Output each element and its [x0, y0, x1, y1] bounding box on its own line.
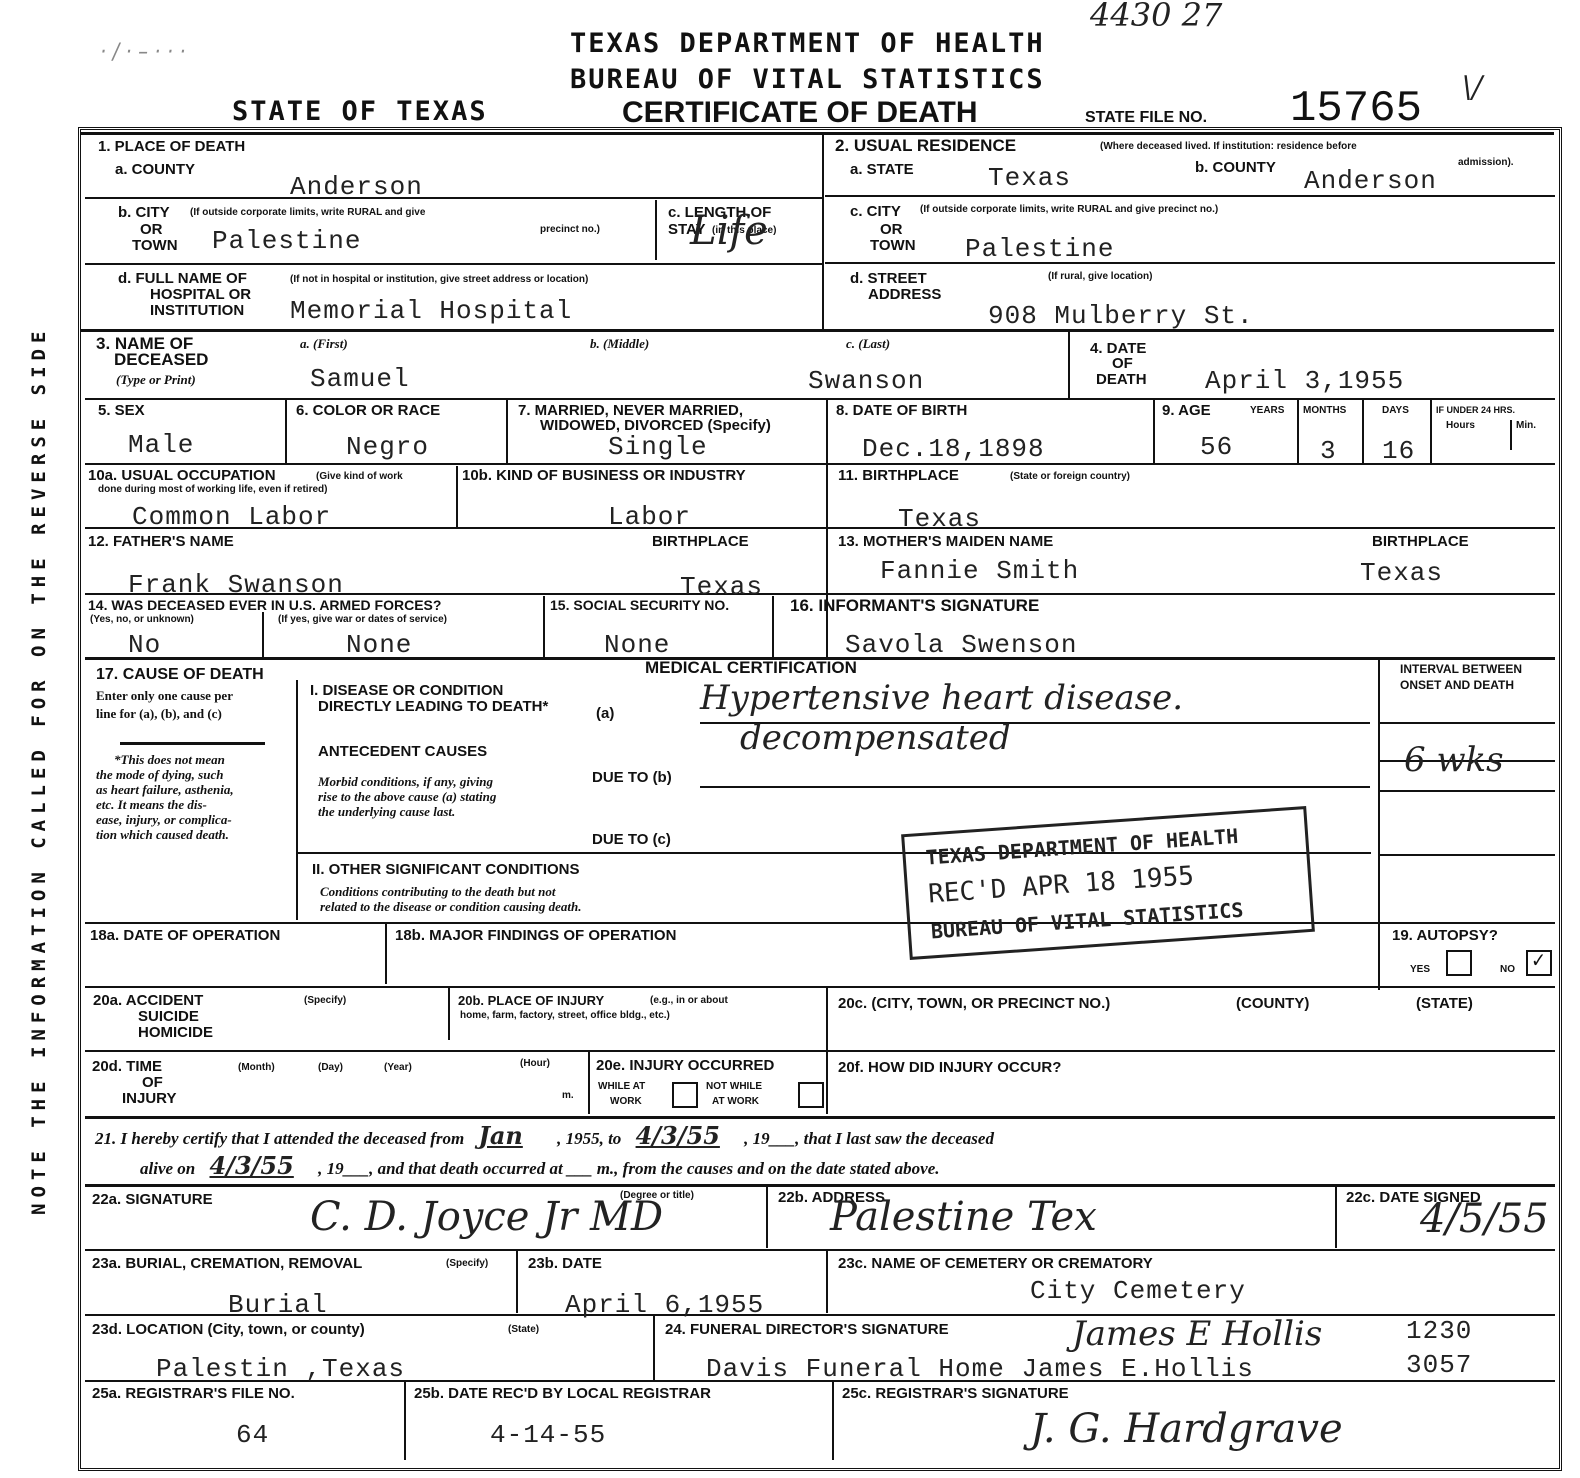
- death-county-label: a. COUNTY: [115, 162, 195, 177]
- sex-label: 5. SEX: [98, 403, 145, 418]
- death-or-label: OR: [140, 222, 163, 237]
- cause-of-death-label: 17. CAUSE OF DEATH: [96, 667, 264, 682]
- res-town-label: TOWN: [870, 238, 916, 253]
- father-birthplace-label: BIRTHPLACE: [652, 534, 749, 549]
- death-town-label: TOWN: [132, 238, 178, 253]
- father-label: 12. FATHER'S NAME: [88, 534, 234, 549]
- physician-signature: C. D. Joyce Jr MD: [310, 1194, 663, 1240]
- registrar-signature: J. G. Hardgrave: [1030, 1406, 1343, 1452]
- injury-type-label2: SUICIDE: [138, 1009, 199, 1024]
- bureau-title: BUREAU OF VITAL STATISTICS: [570, 64, 1045, 95]
- hospital-note: (If not in hospital or institution, give…: [290, 274, 588, 285]
- at-work-checkbox[interactable]: [672, 1082, 698, 1108]
- injury-time-label3: INJURY: [122, 1091, 176, 1106]
- date-signed-value: 4/5/55: [1420, 1196, 1549, 1242]
- res-or-label: OR: [880, 222, 903, 237]
- place-of-death-label: 1. PLACE OF DEATH: [98, 139, 245, 154]
- cause-a-value: Hypertensive heart disease.: [700, 678, 1183, 718]
- registrar-date-label: 25b. DATE REC'D BY LOCAL REGISTRAR: [414, 1386, 711, 1401]
- registrar-file-value: 64: [236, 1422, 269, 1448]
- injury-specify-label: (Specify): [304, 995, 346, 1006]
- autopsy-yes-label: YES: [1410, 964, 1430, 975]
- cert-from-value: Jan: [468, 1121, 552, 1150]
- other-conditions-note: Conditions contributing to the death but…: [320, 884, 581, 914]
- autopsy-label: 19. AUTOPSY?: [1392, 928, 1498, 943]
- other-conditions-label: II. OTHER SIGNIFICANT CONDITIONS: [312, 862, 580, 877]
- deceased-name-label: 3. NAME OF: [96, 336, 193, 351]
- disposition-value: Burial: [228, 1292, 328, 1318]
- day-label: (Day): [318, 1062, 343, 1073]
- operation-date-label: 18a. DATE OF OPERATION: [90, 928, 280, 943]
- due-to-b-label: DUE TO (b): [592, 770, 672, 785]
- deceased-name-label3: (Type or Print): [116, 372, 196, 387]
- cert-last-seen-value: 4/3/55: [200, 1151, 314, 1180]
- middle-name-label: b. (Middle): [590, 336, 649, 351]
- not-at-work-label: NOT WHILE: [706, 1081, 762, 1092]
- first-name-value: Samuel: [310, 366, 410, 392]
- armed-service-value: None: [346, 632, 412, 658]
- antecedent-label: ANTECEDENT CAUSES: [318, 744, 487, 759]
- res-city-value: Palestine: [965, 236, 1114, 262]
- registrar-signature-label: 25c. REGISTRAR'S SIGNATURE: [842, 1386, 1069, 1401]
- length-of-stay-value: Life: [690, 208, 768, 254]
- dob-label: 8. DATE OF BIRTH: [836, 403, 967, 418]
- interval-value: 6 wks: [1404, 740, 1504, 780]
- birthplace-note: (State or foreign country): [1010, 471, 1130, 482]
- cause-a2-value: decompensated: [740, 718, 1011, 758]
- not-at-work-label2: AT WORK: [712, 1096, 759, 1107]
- race-value: Negro: [346, 434, 429, 460]
- armed-service-note: (If yes, give war or dates of service): [278, 614, 447, 625]
- injury-time-label2: OF: [142, 1075, 163, 1090]
- dob-value: Dec.18,1898: [862, 436, 1045, 462]
- min-label: Min.: [1516, 420, 1536, 431]
- street-label2: ADDRESS: [868, 287, 941, 302]
- funeral-director-signature: James E Hollis: [1072, 1314, 1322, 1354]
- disease-label2: DIRECTLY LEADING TO DEATH*: [318, 699, 548, 714]
- last-name-value: Swanson: [808, 368, 924, 394]
- occupation-note: (Give kind of work: [316, 471, 403, 482]
- autopsy-yes-checkbox[interactable]: [1446, 950, 1472, 976]
- res-city-label: c. CITY: [850, 204, 901, 219]
- hospital-label2: HOSPITAL OR: [150, 287, 251, 302]
- interval-label: INTERVAL BETWEEN: [1400, 664, 1522, 675]
- cause-footnote: *This does not mean the mode of dying, s…: [96, 752, 292, 842]
- age-months-value: 3: [1320, 438, 1337, 464]
- mother-value: Fannie Smith: [880, 558, 1079, 584]
- handwritten-file-number: 4430 27: [1090, 0, 1222, 34]
- dod-label2: OF: [1112, 356, 1133, 371]
- cert-text-line2: alive on 4/3/55 , 19___, and that death …: [140, 1158, 940, 1176]
- injury-occurred-label: 20e. INJURY OCCURRED: [596, 1058, 774, 1073]
- mother-label: 13. MOTHER'S MAIDEN NAME: [838, 534, 1053, 549]
- injury-place-note: (e.g., in or about: [650, 995, 728, 1006]
- not-at-work-checkbox[interactable]: [798, 1082, 824, 1108]
- cemetery-value: City Cemetery: [1030, 1278, 1246, 1304]
- m-label: m.: [562, 1090, 574, 1101]
- dept-title: TEXAS DEPARTMENT OF HEALTH: [570, 28, 1045, 59]
- hour-label: (Hour): [520, 1058, 550, 1069]
- year-label: (Year): [384, 1062, 412, 1073]
- injury-place-label: 20b. PLACE OF INJURY: [458, 993, 604, 1008]
- state-title: STATE OF TEXAS: [232, 96, 488, 127]
- age-days-value: 16: [1382, 438, 1415, 464]
- disposition-specify-label: (Specify): [446, 1258, 488, 1269]
- res-state-label: a. STATE: [850, 162, 914, 177]
- burial-state-label: (State): [508, 1324, 539, 1335]
- industry-label: 10b. KIND OF BUSINESS OR INDUSTRY: [462, 468, 746, 483]
- burial-date-value: April 6,1955: [565, 1292, 764, 1318]
- death-county-value: Anderson: [290, 174, 423, 200]
- armed-forces-note: (Yes, no, or unknown): [90, 614, 194, 625]
- informant-value: Savola Swenson: [845, 632, 1077, 658]
- street-value: 908 Mulberry St.: [988, 303, 1254, 329]
- marital-label2: WIDOWED, DIVORCED (Specify): [540, 418, 771, 433]
- armed-forces-value: No: [128, 632, 161, 658]
- industry-value: Labor: [608, 504, 691, 530]
- death-city-value: Palestine: [212, 228, 361, 254]
- hours-label: Hours: [1446, 420, 1475, 431]
- operation-findings-label: 18b. MAJOR FINDINGS OF OPERATION: [395, 928, 676, 943]
- usual-residence-label: 2. USUAL RESIDENCE: [835, 138, 1016, 153]
- burial-location-value: Palestin ,Texas: [156, 1356, 405, 1382]
- checkmark-icon: ✓: [1531, 948, 1546, 972]
- ssn-value: None: [604, 632, 670, 658]
- father-value: Frank Swanson: [128, 572, 344, 598]
- occupation-value: Common Labor: [132, 504, 331, 530]
- age-label: 9. AGE: [1162, 403, 1211, 418]
- signature-label: 22a. SIGNATURE: [92, 1192, 213, 1207]
- occupation-label: 10a. USUAL OCCUPATION: [88, 468, 276, 483]
- dod-value: April 3,1955: [1205, 368, 1404, 394]
- disease-label: I. DISEASE OR CONDITION: [310, 683, 503, 698]
- cause-note: Enter only one cause per: [96, 688, 233, 703]
- occupation-note2: done during most of working life, even i…: [98, 484, 327, 495]
- usual-residence-note2: admission).: [1458, 157, 1514, 168]
- address-value: Palestine Tex: [830, 1194, 1097, 1240]
- informant-label: 16. INFORMANT'S SIGNATURE: [790, 598, 1039, 613]
- cause-note2: line for (a), (b), and (c): [96, 706, 222, 721]
- death-city-note: (If outside corporate limits, write RURA…: [190, 207, 425, 218]
- state-file-label: STATE FILE NO.: [1085, 110, 1207, 125]
- morbid-note: Morbid conditions, if any, giving rise t…: [318, 774, 496, 819]
- armed-forces-label: 14. WAS DECEASED EVER IN U.S. ARMED FORC…: [88, 598, 441, 613]
- top-scribble: · / · – · · ·: [100, 40, 186, 65]
- mother-birthplace-value: Texas: [1360, 560, 1443, 586]
- hospital-label: d. FULL NAME OF: [118, 271, 247, 286]
- dod-label: 4. DATE: [1090, 341, 1146, 356]
- death-city-note2: precinct no.): [540, 224, 600, 235]
- funeral-home-value: Davis Funeral Home James E.Hollis: [706, 1356, 1254, 1382]
- cert-text-line1: 21. I hereby certify that I attended the…: [95, 1128, 994, 1146]
- certificate-title: CERTIFICATE OF DEATH: [622, 96, 978, 130]
- last-name-label: c. (Last): [846, 336, 890, 351]
- age-years-value: 56: [1200, 434, 1233, 460]
- month-label: (Month): [238, 1062, 275, 1073]
- birthplace-value: Texas: [898, 506, 981, 532]
- license-2: 3057: [1406, 1352, 1472, 1378]
- first-name-label: a. (First): [300, 336, 348, 351]
- injury-type-label: 20a. ACCIDENT: [93, 993, 203, 1008]
- res-state-value: Texas: [988, 165, 1071, 191]
- injury-type-label3: HOMICIDE: [138, 1025, 213, 1040]
- hospital-label3: INSTITUTION: [150, 303, 244, 318]
- birthplace-label: 11. BIRTHPLACE: [838, 468, 959, 483]
- cemetery-label: 23c. NAME OF CEMETERY OR CREMATORY: [838, 1256, 1153, 1271]
- cause-a-label: (a): [596, 706, 614, 721]
- hospital-value: Memorial Hospital: [290, 298, 572, 324]
- marital-label: 7. MARRIED, NEVER MARRIED,: [518, 403, 743, 418]
- burial-date-label: 23b. DATE: [528, 1256, 602, 1271]
- death-city-label: b. CITY: [118, 205, 170, 220]
- res-county-label: b. COUNTY: [1195, 160, 1276, 175]
- race-label: 6. COLOR OR RACE: [296, 403, 440, 418]
- deceased-name-label2: DECEASED: [114, 352, 208, 367]
- sex-value: Male: [128, 432, 194, 458]
- due-to-c-label: DUE TO (c): [592, 832, 671, 847]
- disposition-label: 23a. BURIAL, CREMATION, REMOVAL: [92, 1256, 362, 1271]
- injury-state-label: (STATE): [1416, 996, 1473, 1011]
- autopsy-no-label: NO: [1500, 964, 1515, 975]
- burial-location-label: 23d. LOCATION (City, town, or county): [92, 1322, 365, 1337]
- age-months-label: MONTHS: [1303, 405, 1346, 416]
- mother-birthplace-label: BIRTHPLACE: [1372, 534, 1469, 549]
- registrar-date-value: 4-14-55: [490, 1422, 606, 1448]
- ssn-label: 15. SOCIAL SECURITY NO.: [550, 598, 729, 613]
- reverse-side-note: NOTE THE INFORMATION CALLED FOR ON THE R…: [28, 326, 50, 1215]
- marital-value: Single: [608, 434, 708, 460]
- injury-location-label: 20c. (CITY, TOWN, OR PRECINCT NO.): [838, 996, 1110, 1011]
- registrar-file-label: 25a. REGISTRAR'S FILE NO.: [92, 1386, 295, 1401]
- injury-time-label: 20d. TIME: [92, 1059, 162, 1074]
- usual-residence-note: (Where deceased lived. If institution: r…: [1100, 141, 1357, 152]
- medical-cert-title: MEDICAL CERTIFICATION: [645, 660, 857, 675]
- age-years-label: YEARS: [1250, 405, 1284, 416]
- how-injury-label: 20f. HOW DID INJURY OCCUR?: [838, 1060, 1061, 1075]
- street-label: d. STREET: [850, 271, 927, 286]
- age-days-label: DAYS: [1382, 405, 1409, 416]
- funeral-director-label: 24. FUNERAL DIRECTOR'S SIGNATURE: [665, 1322, 949, 1337]
- res-county-value: Anderson: [1304, 168, 1437, 194]
- injury-county-label: (COUNTY): [1236, 996, 1309, 1011]
- res-city-note: (If outside corporate limits, write RURA…: [920, 204, 1218, 215]
- street-note: (If rural, give location): [1048, 271, 1152, 282]
- dod-label3: DEATH: [1096, 372, 1147, 387]
- cert-to-value: 4/3/55: [626, 1121, 740, 1150]
- check-mark: \/: [1462, 70, 1482, 105]
- under-24-label: IF UNDER 24 HRS.: [1436, 405, 1515, 416]
- autopsy-no-checkbox[interactable]: ✓: [1526, 950, 1552, 976]
- license-1: 1230: [1406, 1318, 1472, 1344]
- at-work-label: WHILE AT: [598, 1081, 645, 1092]
- injury-place-note2: home, farm, factory, street, office bldg…: [460, 1010, 670, 1021]
- at-work-label2: WORK: [610, 1096, 642, 1107]
- interval-label2: ONSET AND DEATH: [1400, 680, 1514, 691]
